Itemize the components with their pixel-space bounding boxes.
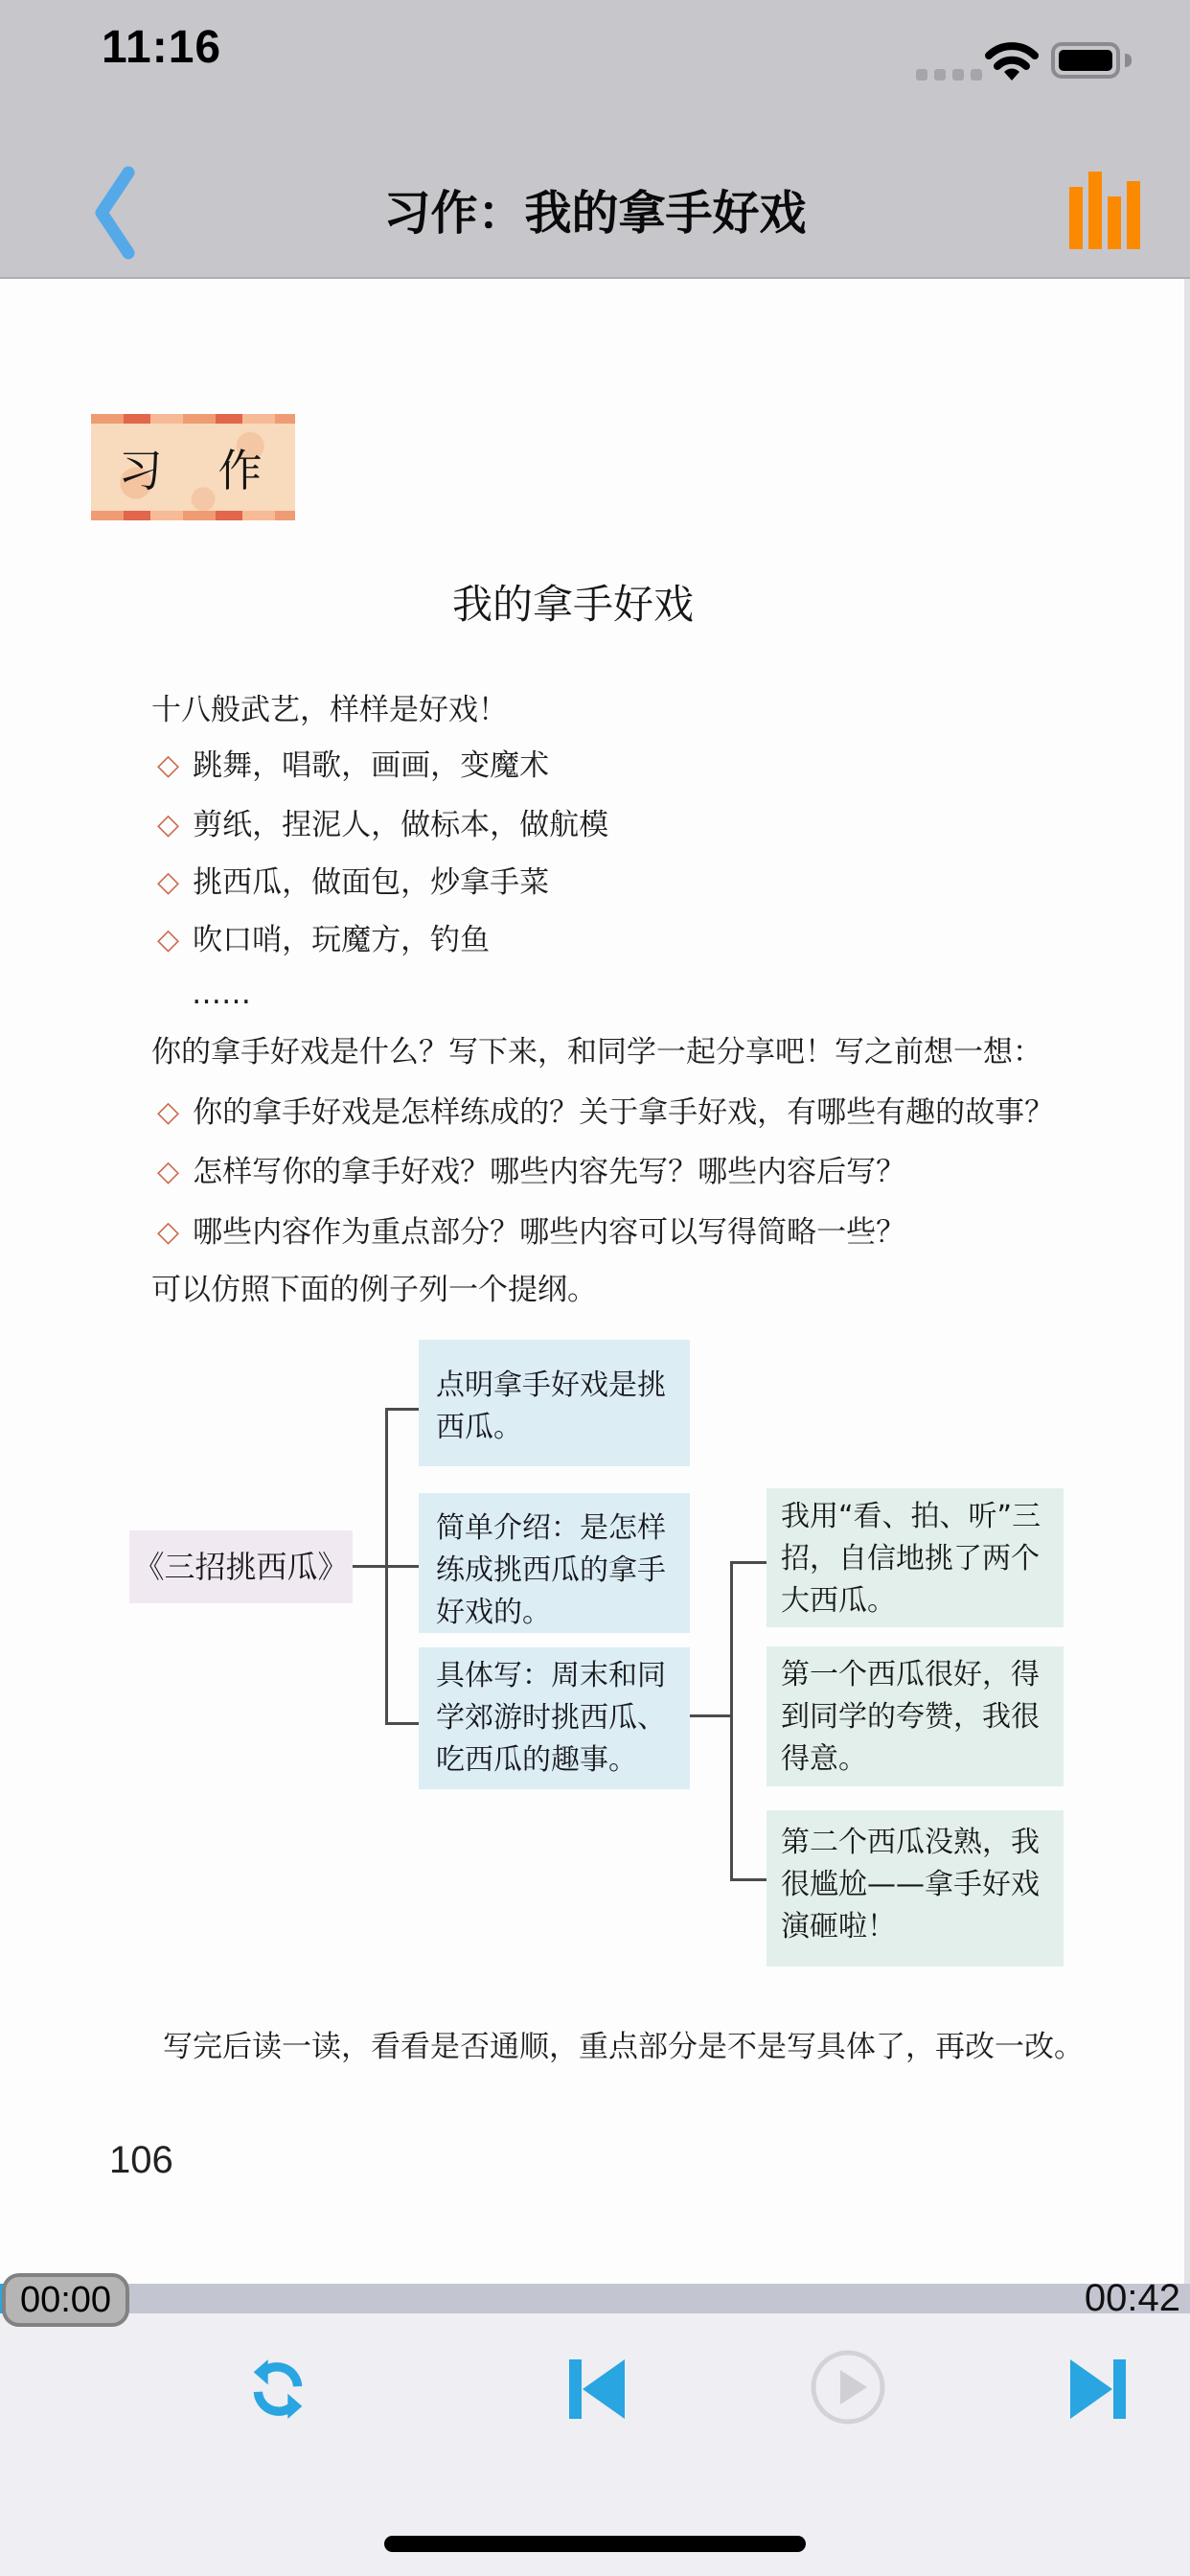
skill-item: ◇跳舞，唱歌，画画，变魔术: [157, 745, 549, 788]
diamond-bullet-icon: ◇: [157, 748, 179, 782]
outline-node: 简单介绍：是怎样练成挑西瓜的拿手好戏的。: [419, 1493, 690, 1633]
stamp-label: 习 作: [119, 436, 268, 499]
diamond-bullet-icon: ◇: [157, 808, 179, 841]
skill-text: 挑西瓜，做面包，炒拿手菜: [193, 865, 549, 900]
bar-chart-button[interactable]: [1065, 169, 1144, 249]
outline-node: 第二个西瓜没熟，我很尴尬——拿手好戏演砸啦！: [767, 1810, 1064, 1966]
intro-line: 十八般武艺，样样是好戏！: [151, 689, 508, 731]
play-button[interactable]: [810, 2349, 886, 2426]
essay-title: 我的拿手好戏: [0, 573, 1146, 631]
duration-label: 00:42: [1085, 2279, 1180, 2318]
sync-icon: [254, 2359, 303, 2419]
seek-bar[interactable]: 00:42: [0, 2284, 1190, 2313]
diamond-bullet-icon: ◇: [157, 1155, 179, 1188]
next-track-button[interactable]: [1068, 2357, 1128, 2421]
connector-line: [690, 1714, 733, 1717]
previous-track-button[interactable]: [567, 2357, 627, 2421]
question-text: 怎样写你的拿手好戏？哪些内容先写？哪些内容后写？: [193, 1155, 905, 1189]
question-text: 哪些内容作为重点部分？哪些内容可以写得简略一些？: [193, 1215, 905, 1250]
ellipsis-line: ……: [192, 973, 251, 1015]
play-icon: [813, 2353, 882, 2422]
connector-line: [730, 1561, 767, 1564]
skill-text: 吹口哨，玩魔方，钓鱼: [193, 923, 490, 957]
closing-line: 写完后读一读，看看是否通顺，重点部分是不是写具体了，再改一改。: [163, 2026, 1084, 2068]
section-stamp: 习 作: [91, 414, 295, 520]
outline-title-box: 《三招挑西瓜》: [129, 1530, 353, 1603]
outline-node: 我用“看、拍、听”三招，自信地挑了两个大西瓜。: [767, 1488, 1064, 1627]
textbook-page: 习 作 我的拿手好戏 十八般武艺，样样是好戏！ ◇跳舞，唱歌，画画，变魔术 ◇剪…: [0, 279, 1190, 2284]
home-indicator[interactable]: [384, 2536, 806, 2552]
outline-node: 具体写：周末和同学郊游时挑西瓜、吃西瓜的趣事。: [419, 1647, 690, 1789]
connector-line: [730, 1878, 767, 1881]
wifi-icon: [985, 42, 1039, 82]
status-time: 11:16: [102, 21, 221, 74]
skill-text: 跳舞，唱歌，画画，变魔术: [193, 748, 549, 783]
skill-item: ◇挑西瓜，做面包，炒拿手菜: [157, 862, 549, 905]
skill-item: ◇吹口哨，玩魔方，钓鱼: [157, 919, 490, 962]
diamond-bullet-icon: ◇: [157, 1215, 179, 1249]
elapsed-label: 00:00: [20, 2280, 111, 2321]
diamond-bullet-icon: ◇: [157, 865, 179, 899]
question-text: 你的拿手好戏是怎样练成的？关于拿手好戏，有哪些有趣的故事？: [193, 1095, 1054, 1130]
outline-hint-line: 可以仿照下面的例子列一个提纲。: [151, 1269, 597, 1311]
prompt-line: 你的拿手好戏是什么？写下来，和同学一起分享吧！写之前想一想：: [151, 1031, 1042, 1073]
replay-button[interactable]: [249, 2359, 307, 2419]
skip-previous-icon: [569, 2359, 625, 2419]
diamond-bullet-icon: ◇: [157, 923, 179, 956]
back-button[interactable]: [88, 165, 142, 261]
skill-item: ◇剪纸，捏泥人，做标本，做航模: [157, 804, 608, 847]
question-item: ◇你的拿手好戏是怎样练成的？关于拿手好戏，有哪些有趣的故事？: [157, 1092, 1054, 1135]
seek-thumb[interactable]: 00:00: [2, 2273, 129, 2327]
diamond-bullet-icon: ◇: [157, 1095, 179, 1129]
status-nav-area: 11:16 习作：我的拿手好戏: [0, 0, 1190, 279]
question-item: ◇哪些内容作为重点部分？哪些内容可以写得简略一些？: [157, 1211, 905, 1254]
outline-node: 点明拿手好戏是挑西瓜。: [419, 1340, 690, 1466]
page-title: 习作：我的拿手好戏: [0, 176, 1190, 243]
outline-node: 第一个西瓜很好，得到同学的夸赞，我很得意。: [767, 1646, 1064, 1786]
question-item: ◇怎样写你的拿手好戏？哪些内容先写？哪些内容后写？: [157, 1151, 905, 1194]
connector-line: [385, 1722, 420, 1725]
page-number: 106: [109, 2139, 173, 2182]
skip-next-icon: [1070, 2359, 1126, 2419]
connector-line: [353, 1565, 420, 1568]
skill-text: 剪纸，捏泥人，做标本，做航模: [193, 808, 608, 842]
connector-line: [385, 1408, 420, 1411]
bracket-right-vertical: [730, 1561, 733, 1881]
